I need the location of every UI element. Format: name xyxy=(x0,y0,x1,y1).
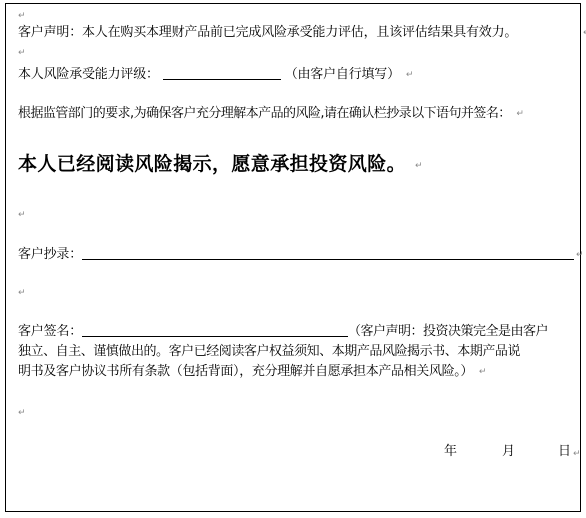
risk-level-hint: （由客户自行填写） xyxy=(285,67,400,82)
paragraph-mark-icon: ↵ xyxy=(18,210,26,220)
date-day-label: 日 xyxy=(558,444,571,460)
paragraph-mark-icon: ↵ xyxy=(479,362,486,382)
risk-level-field[interactable] xyxy=(163,66,281,80)
paragraph-mark-icon: ↵ xyxy=(415,154,423,178)
paragraph-mark-icon: ↵ xyxy=(18,288,26,298)
risk-level-row: 本人风险承受能力评级： （由客户自行填写） ↵ xyxy=(18,66,413,83)
statement-to-copy: 本人已经阅读风险揭示，愿意承担投资风险。 ↵ xyxy=(18,152,423,178)
date-month-label: 月 xyxy=(502,444,515,460)
signature-note-line-2: 独立、自主、谨慎做出的。客户已经阅读客户权益须知、本期产品风险揭示书、本期产品说 xyxy=(18,342,578,362)
paragraph-mark-icon: ↵ xyxy=(18,11,26,21)
paragraph-mark-icon: ↵ xyxy=(576,247,583,263)
signature-label: 客户签名： xyxy=(18,324,82,339)
signature-note-line-1: （客户声明：投资决策完全是由客户 xyxy=(348,324,548,339)
paragraph-mark-icon: ↵ xyxy=(406,67,413,83)
risk-level-label: 本人风险承受能力评级： xyxy=(18,67,159,82)
instruction-text-row: 根据监管部门的要求,为确保客户充分理解本产品的风险,请在确认栏抄录以下语句并签名… xyxy=(18,106,523,122)
declaration-text: 客户声明：本人在购买本理财产品前已完成风险承受能力评估，且该评估结果具有效力。 xyxy=(18,25,517,40)
transcription-label: 客户抄录： xyxy=(18,247,82,262)
signature-note-line-3: 明书及客户协议书所有条款（包括背面），充分理解并自愿承担本产品相关风险。） xyxy=(18,364,473,379)
transcription-field[interactable] xyxy=(82,246,574,260)
date-year-label: 年 xyxy=(444,444,457,460)
signature-paragraph: 客户签名：（客户声明：投资决策完全是由客户 独立、自主、谨慎做出的。客户已经阅读… xyxy=(18,322,578,382)
customer-declaration: 客户声明：本人在购买本理财产品前已完成风险承受能力评估，且该评估结果具有效力。 xyxy=(18,25,517,41)
paragraph-mark-icon: ↵ xyxy=(18,408,26,418)
instruction-text: 根据监管部门的要求,为确保客户充分理解本产品的风险,请在确认栏抄录以下语句并签名… xyxy=(18,106,511,121)
signature-row: 客户签名：（客户声明：投资决策完全是由客户 xyxy=(18,322,578,342)
signature-field[interactable] xyxy=(82,323,348,337)
statement-text: 本人已经阅读风险揭示，愿意承担投资风险。 xyxy=(18,153,406,175)
signature-note-line-3-row: 明书及客户协议书所有条款（包括背面），充分理解并自愿承担本产品相关风险。） ↵ xyxy=(18,362,578,382)
transcription-row: 客户抄录：↵ xyxy=(18,246,583,263)
paragraph-mark-icon: ↵ xyxy=(18,48,26,58)
paragraph-mark-icon: ↵ xyxy=(516,106,523,122)
paragraph-mark-icon: ↵ xyxy=(573,446,581,462)
